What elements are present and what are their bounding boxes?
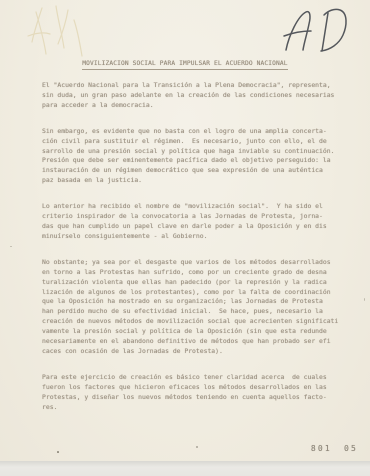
page-number-stamp: 801 05: [311, 444, 358, 453]
paragraph-1: El "Acuerdo Nacional para la Transición …: [42, 81, 342, 111]
paper-sheet: MOVILIZACION SOCIAL PARA IMPULSAR EL ACU…: [0, 0, 370, 462]
paragraph-5: Para este ejercicio de creación es básic…: [42, 373, 342, 413]
paragraph-4: No obstante; ya sea por el desgaste que …: [42, 258, 342, 357]
document-body: El "Acuerdo Nacional para la Transición …: [42, 81, 342, 428]
scanned-document-page: MOVILIZACION SOCIAL PARA IMPULSAR EL ACU…: [0, 0, 370, 476]
paper-speckle: [196, 446, 198, 448]
pen-stroke-d-stem: [322, 13, 328, 51]
title-row: MOVILIZACION SOCIAL PARA IMPULSAR EL ACU…: [0, 50, 370, 70]
paragraph-3: Lo anterior ha recibido el nombre de "mo…: [42, 202, 342, 242]
paper-speckle: [10, 246, 12, 247]
paragraph-2: Sin embargo, es evidente que no basta co…: [42, 127, 342, 186]
document-title: MOVILIZACION SOCIAL PARA IMPULSAR EL ACU…: [82, 60, 287, 70]
paper-speckle: [364, 298, 365, 301]
scan-bottom-edge: [0, 461, 370, 476]
paper-speckle: [57, 451, 59, 453]
